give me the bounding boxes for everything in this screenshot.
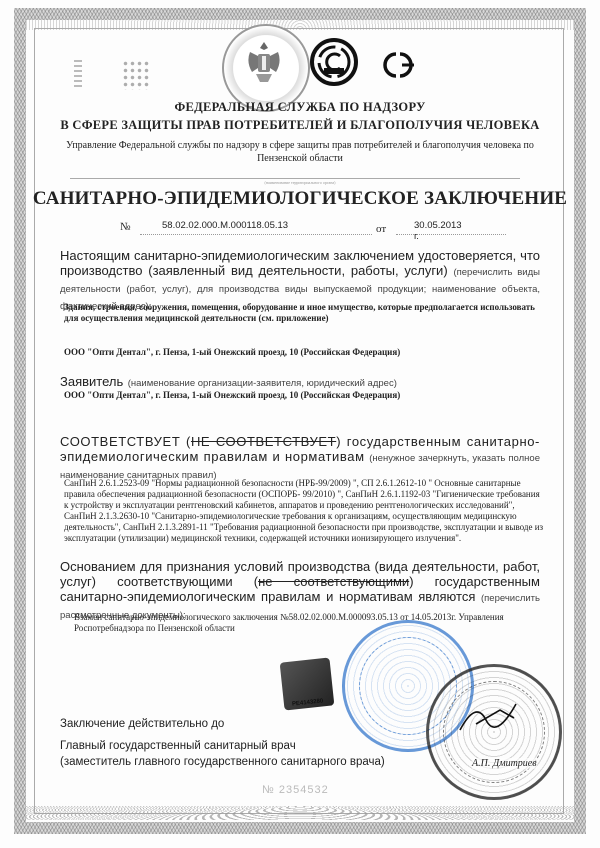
number-label: № xyxy=(120,221,131,233)
signature-subtitle: (заместитель главного государственного с… xyxy=(60,754,540,770)
applicant-hint: (наименование организации-заявителя, юри… xyxy=(128,378,397,389)
validity-label: Заключение действительно до xyxy=(60,718,540,730)
agency-title-line2: В СФЕРЕ ЗАЩИТЫ ПРАВ ПОТРЕБИТЕЛЕЙ И БЛАГО… xyxy=(0,118,600,133)
document-number: 58.02.02.000.М.000118.05.13 xyxy=(162,220,288,231)
signature-block: Главный государственный санитарный врач … xyxy=(60,738,540,770)
conformity-section: СООТВЕТСТВУЕТ (НЕ СООТВЕТСТВУЕТ) государ… xyxy=(60,434,540,483)
document-title: САНИТАРНО-ЭПИДЕМИОЛОГИЧЕСКОЕ ЗАКЛЮЧЕНИЕ xyxy=(0,188,600,210)
decorative-pattern xyxy=(74,60,82,90)
applicant-value: ООО "Опти Дентал", г. Пенза, 1-ый Онежск… xyxy=(64,390,544,401)
certificate-page: ФЕДЕРАЛЬНАЯ СЛУЖБА ПО НАДЗОРУ В СФЕРЕ ЗА… xyxy=(0,0,600,848)
org-underline xyxy=(70,178,520,179)
object-address: ООО "Опти Дентал", г. Пенза, 1-ый Онежск… xyxy=(64,347,544,358)
number-underline xyxy=(140,234,372,235)
serial-number: № 2354532 xyxy=(262,784,329,796)
se-mark-icon xyxy=(374,50,422,80)
org-caption: (наименование территориального органа) xyxy=(0,180,600,185)
department-name: Управление Федеральной службы по надзору… xyxy=(60,139,540,165)
conformity-text: СООТВЕТСТВУЕТ (НЕ СООТВЕТСТВУЕТ) государ… xyxy=(60,434,540,483)
signature-icon xyxy=(456,690,526,740)
basis-documents: Взамен санитарно-эпидемиологического зак… xyxy=(74,612,544,634)
agency-title-line1: ФЕДЕРАЛЬНАЯ СЛУЖБА ПО НАДЗОРУ xyxy=(0,100,600,115)
signature-title: Главный государственный санитарный врач xyxy=(60,738,540,754)
basis-struck: не соответствующими xyxy=(258,574,409,589)
certification-logo-icon xyxy=(310,38,358,86)
border-wave-bottom xyxy=(26,806,574,820)
conformity-status: СООТВЕТСТВУЕТ xyxy=(60,434,180,449)
applicant-section: Заявитель (наименование организации-заяв… xyxy=(60,373,540,391)
applicant-label: Заявитель xyxy=(60,374,123,389)
decorative-pattern xyxy=(122,60,150,90)
document-date: 30.05.2013 г. xyxy=(414,220,462,242)
object-description: Здания, строения, сооружения, помещения,… xyxy=(64,302,544,324)
coat-of-arms-icon xyxy=(244,38,284,86)
date-label: от xyxy=(376,223,386,235)
conformity-struck: НЕ СООТВЕТСТВУЕТ xyxy=(191,434,336,449)
sanitary-rules-list: СанПиН 2.6.1.2523-09 "Нормы радиационной… xyxy=(64,478,544,544)
